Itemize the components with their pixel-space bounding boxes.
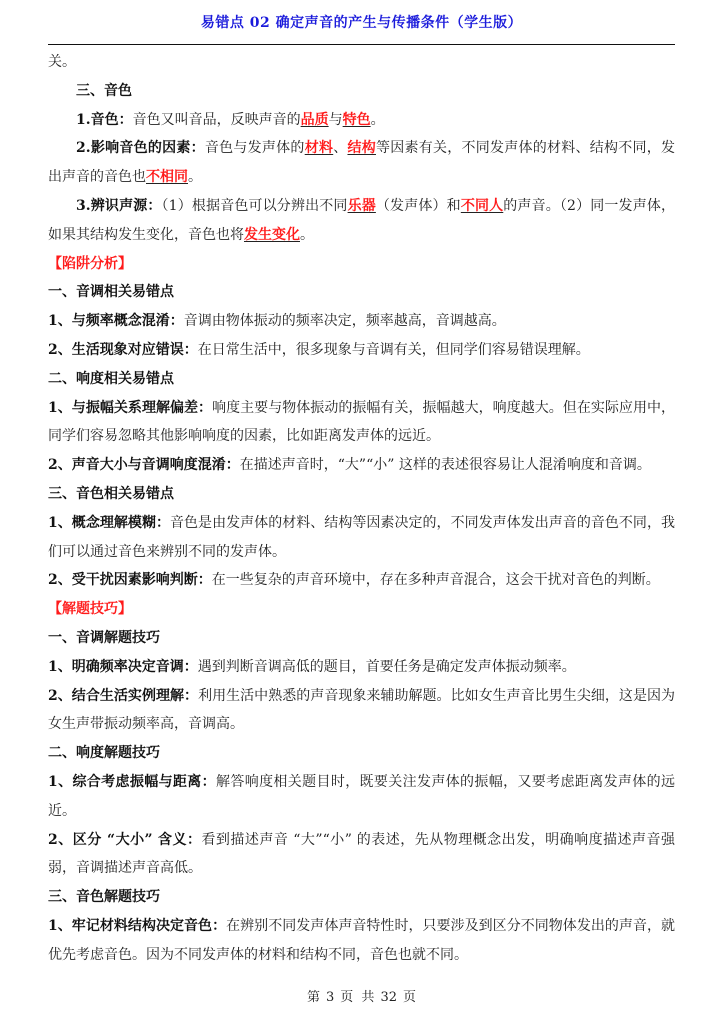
highlight-term: 品质 bbox=[301, 112, 329, 128]
body-text: （1）根据音色可以分辨出不同 bbox=[162, 198, 348, 214]
list-item: 1、概念理解模糊：音色是由发声体的材料、结构等因素决定的，不同发声体发出声音的音… bbox=[48, 509, 675, 567]
item-label: 2、声音大小与音调响度混淆： bbox=[48, 457, 240, 473]
page-suffix: 页 bbox=[403, 990, 416, 1005]
highlight-term: 乐器 bbox=[348, 198, 376, 214]
term-label: 1.音色： bbox=[76, 112, 133, 128]
item-label: 1、明确频率决定音调： bbox=[48, 659, 198, 675]
highlight-term: 结构 bbox=[347, 140, 376, 156]
list-item: 2、区分 “大小” 含义：看到描述声音 “大”“小” 的表述，先从物理概念出发，… bbox=[48, 826, 675, 884]
trap-analysis-heading: 【陷阱分析】 bbox=[48, 250, 675, 279]
subsection-heading: 一、音调解题技巧 bbox=[48, 624, 675, 653]
item-label: 1、概念理解模糊： bbox=[48, 515, 170, 531]
list-item: 1、与振幅关系理解偏差：响度主要与物体振动的振幅有关，振幅越大，响度越大。但在实… bbox=[48, 394, 675, 452]
item-label: 2、区分 “大小” 含义： bbox=[48, 832, 201, 848]
subsection-heading: 二、响度相关易错点 bbox=[48, 365, 675, 394]
body-text: 与 bbox=[329, 112, 343, 128]
list-item: 1、明确频率决定音调：遇到判断音调高低的题目，首要任务是确定发声体振动频率。 bbox=[48, 653, 675, 682]
body-text: 。 bbox=[371, 112, 385, 128]
subsection-heading: 一、音调相关易错点 bbox=[48, 278, 675, 307]
list-item: 2、结合生活实例理解：利用生活中熟悉的声音现象来辅助解题。比如女生声音比男生尖细… bbox=[48, 682, 675, 740]
subsection-heading: 二、响度解题技巧 bbox=[48, 739, 675, 768]
document-body: 关。 三、音色 1.音色：音色又叫音品，反映声音的品质与特色。 2.影响音色的因… bbox=[48, 48, 675, 970]
subsection-heading: 三、音色解题技巧 bbox=[48, 883, 675, 912]
paragraph-timbre-definition: 1.音色：音色又叫音品，反映声音的品质与特色。 bbox=[48, 106, 675, 135]
item-label: 1、与振幅关系理解偏差： bbox=[48, 400, 212, 416]
item-label: 1、综合考虑振幅与距离： bbox=[48, 774, 216, 790]
list-item: 1、与频率概念混淆：音调由物体振动的频率决定，频率越高，音调越高。 bbox=[48, 307, 675, 336]
solving-tips-heading: 【解题技巧】 bbox=[48, 595, 675, 624]
list-item: 2、受干扰因素影响判断：在一些复杂的声音环境中，存在多种声音混合，这会干扰对音色… bbox=[48, 566, 675, 595]
paragraph-identify-source: 3.辨识声源：（1）根据音色可以分辨出不同乐器（发声体）和不同人的声音。（2）同… bbox=[48, 192, 675, 250]
page-mid: 页 共 bbox=[340, 990, 374, 1005]
paragraph-timbre-factors: 2.影响音色的因素：音色与发声体的材料、结构等因素有关，不同发声体的材料、结构不… bbox=[48, 134, 675, 192]
item-text: 在日常生活中，很多现象与音调有关，但同学们容易错误理解。 bbox=[198, 342, 590, 358]
item-text: 音调由物体振动的频率决定，频率越高，音调越高。 bbox=[184, 313, 506, 329]
page-total: 32 bbox=[380, 990, 397, 1005]
item-text: 遇到判断音调高低的题目，首要任务是确定发声体振动频率。 bbox=[198, 659, 576, 675]
highlight-term: 特色 bbox=[343, 112, 371, 128]
subsection-heading: 三、音色相关易错点 bbox=[48, 480, 675, 509]
header-divider bbox=[48, 44, 675, 45]
page-prefix: 第 bbox=[307, 990, 320, 1005]
item-label: 1、牢记材料结构决定音色： bbox=[48, 918, 226, 934]
body-text: 音色与发声体的 bbox=[205, 140, 305, 156]
body-text: 。 bbox=[188, 169, 202, 185]
body-text: 。 bbox=[300, 227, 314, 243]
document-header-title: 易错点 02 确定声音的产生与传播条件（学生版） bbox=[48, 12, 675, 32]
item-label: 1、与频率概念混淆： bbox=[48, 313, 184, 329]
item-label: 2、结合生活实例理解： bbox=[48, 688, 198, 704]
term-label: 2.影响音色的因素： bbox=[76, 140, 205, 156]
body-text: 、 bbox=[333, 140, 347, 156]
highlight-term: 不同人 bbox=[461, 198, 503, 214]
body-text: 音色又叫音品，反映声音的 bbox=[133, 112, 301, 128]
item-text: 在描述声音时，“大”“小” 这样的表述很容易让人混淆响度和音调。 bbox=[240, 457, 651, 473]
item-label: 2、生活现象对应错误： bbox=[48, 342, 198, 358]
list-item: 2、声音大小与音调响度混淆：在描述声音时，“大”“小” 这样的表述很容易让人混淆… bbox=[48, 451, 675, 480]
body-text: （发声体）和 bbox=[376, 198, 461, 214]
continued-text: 关。 bbox=[48, 48, 675, 77]
list-item: 1、牢记材料结构决定音色：在辨别不同发声体声音特性时，只要涉及到区分不同物体发出… bbox=[48, 912, 675, 970]
page-current: 3 bbox=[326, 990, 334, 1005]
highlight-term: 发生变化 bbox=[244, 227, 300, 243]
item-label: 2、受干扰因素影响判断： bbox=[48, 572, 212, 588]
section-heading-timbre: 三、音色 bbox=[48, 77, 675, 106]
highlight-term: 不相同 bbox=[146, 169, 188, 185]
item-text: 在一些复杂的声音环境中，存在多种声音混合，这会干扰对音色的判断。 bbox=[212, 572, 660, 588]
list-item: 1、综合考虑振幅与距离：解答响度相关题目时，既要关注发声体的振幅，又要考虑距离发… bbox=[48, 768, 675, 826]
list-item: 2、生活现象对应错误：在日常生活中，很多现象与音调有关，但同学们容易错误理解。 bbox=[48, 336, 675, 365]
highlight-term: 材料 bbox=[305, 140, 334, 156]
term-label: 3.辨识声源： bbox=[76, 198, 162, 214]
page-footer: 第3页 共32页 bbox=[0, 986, 723, 1005]
